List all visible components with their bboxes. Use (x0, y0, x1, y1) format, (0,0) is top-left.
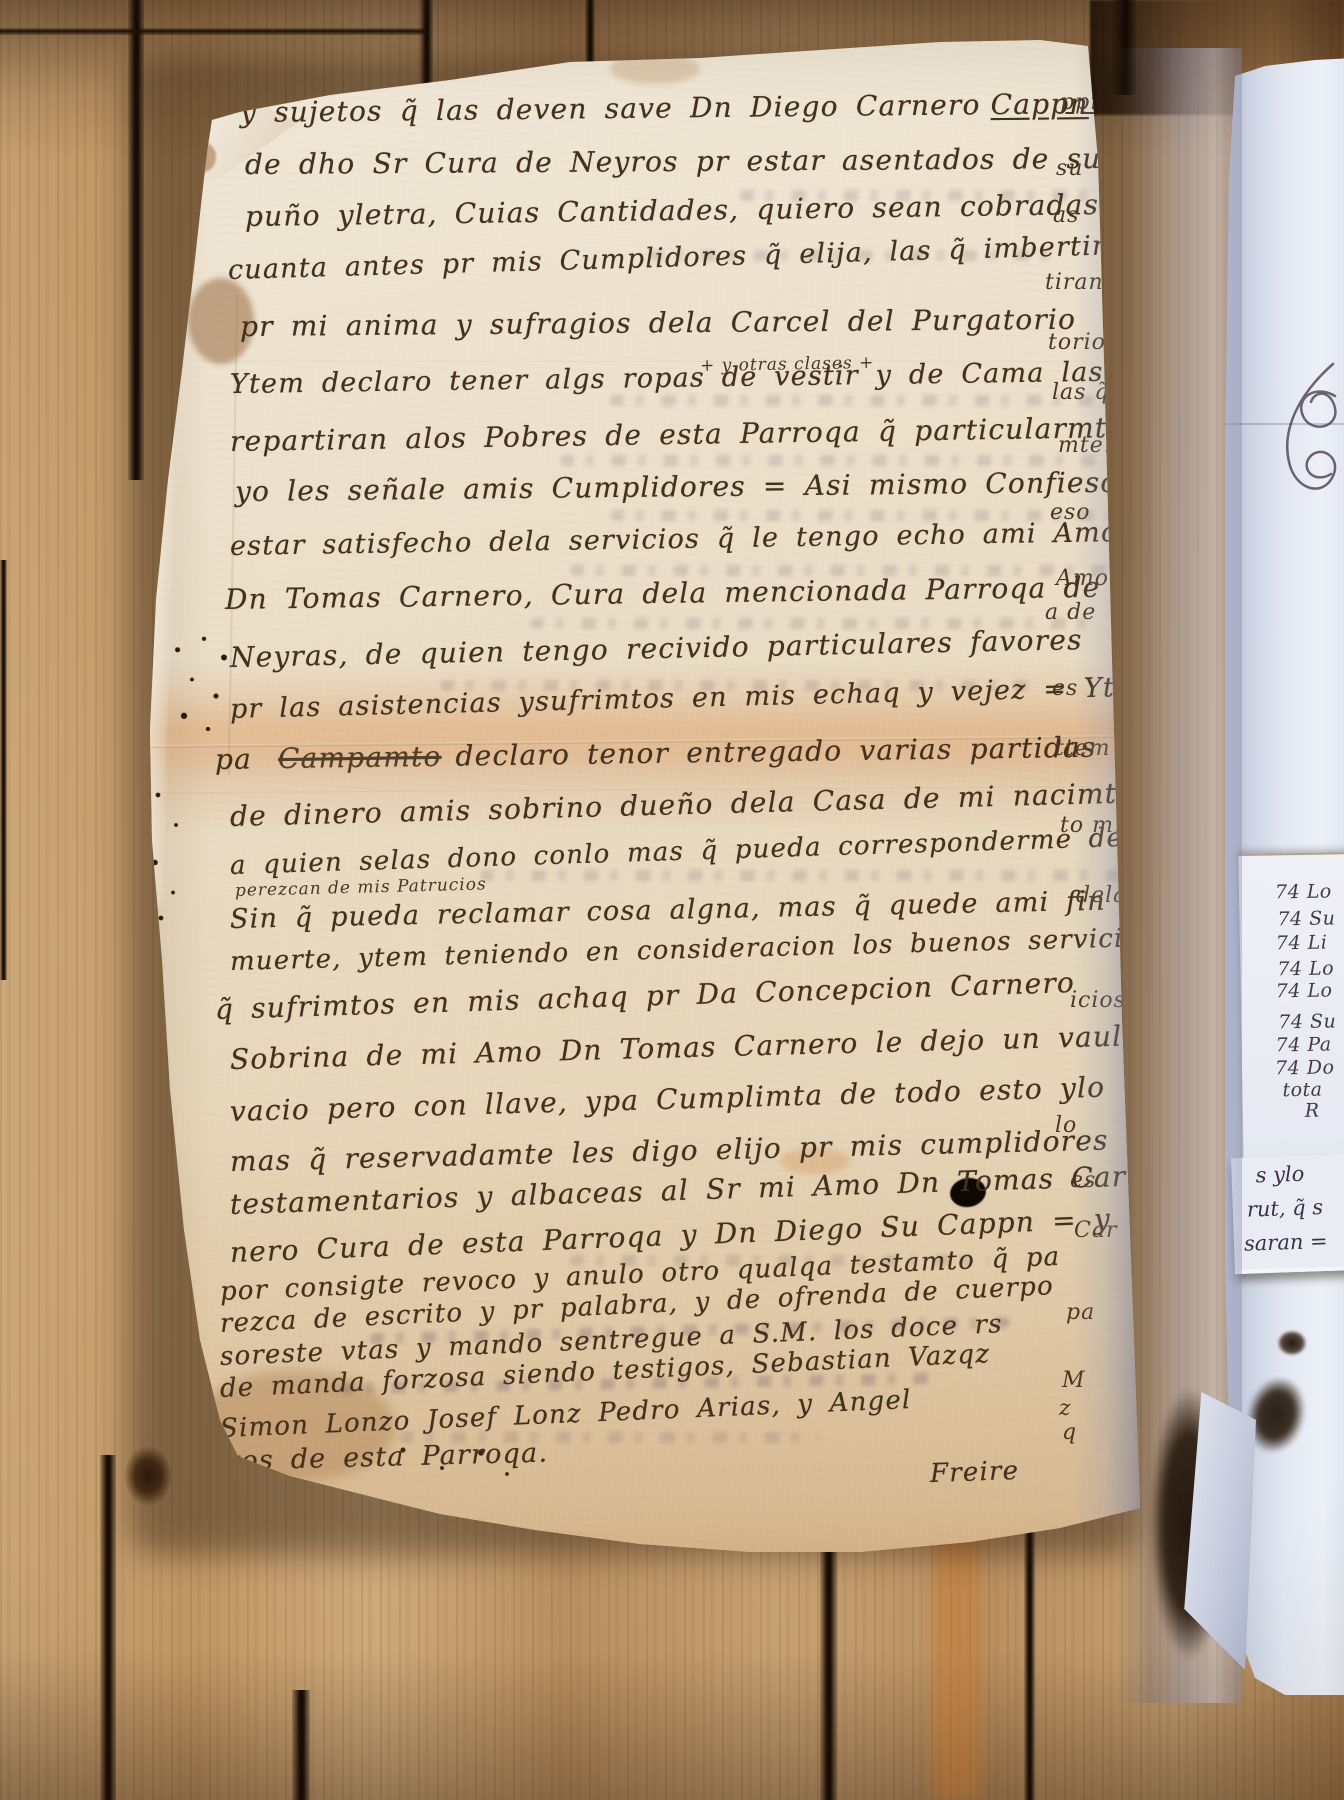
list-item: R (1305, 1102, 1320, 1121)
curl-fragment: Car (1074, 1220, 1117, 1242)
paper-hole (1277, 1330, 1307, 1356)
curl-fragment: ttem (1055, 738, 1111, 760)
curl-fragment: es (1070, 1170, 1096, 1192)
manuscript-line: Ytem declaro tener algs ropas de vestir … (230, 357, 1139, 399)
manuscript-line: de dho Sr Cura de Neyros pr estar asenta… (245, 144, 1102, 181)
torn-text-scrap: s ylo rut, q̃ s saran = (1231, 1154, 1344, 1274)
manuscript-line: vacio pero con llave, ypa Cumplimta de t… (230, 1073, 1106, 1128)
list-item: 74 Su (1277, 909, 1335, 929)
manuscript-line: Freire (930, 1457, 1020, 1489)
manuscript-page: y sujetos q̃ las deven save Dn Diego Car… (140, 40, 1145, 1560)
manuscript-line: cuanta antes pr mis Cumplidores q̃ elija… (228, 230, 1143, 285)
curl-fragment: icios (1070, 990, 1126, 1012)
manuscript-line: repartiran alos Pobres de esta Parroqa q… (230, 413, 1126, 458)
scrap-text: rut, q̃ s (1246, 1197, 1323, 1221)
scrap-text: saran = (1244, 1231, 1328, 1255)
curl-fragment: a de (1045, 602, 1096, 624)
curl-fragment: su (1056, 158, 1083, 180)
curl-fragment: as (1053, 205, 1079, 227)
manuscript-line: paCampamtodeclaro tenor entregado varias… (215, 733, 1097, 776)
bleedthrough-line (480, 870, 1140, 881)
plank-gap (1024, 1528, 1035, 1800)
manuscript-line: estar satisfecho dela servicios q̃ le te… (230, 518, 1119, 562)
scrap-text: s ylo (1255, 1164, 1304, 1187)
manuscript-line: Neyras, de quien tengo recivido particul… (230, 625, 1083, 674)
curl-fragment: M (1062, 1370, 1086, 1392)
manuscript-line: pr mi anima y sufragios dela Carcel del … (240, 305, 1076, 343)
curl-fragment: q (1062, 1422, 1077, 1444)
accounts-list-scrap: 74 Lo 74 Su 74 Li 74 Lo 74 Lo 74 Su 74 P… (1238, 852, 1344, 1161)
curl-fragment: es (1052, 678, 1078, 700)
plank-gap-horizontal (0, 28, 425, 35)
photo-scene: 74 Lo 74 Su 74 Li 74 Lo 74 Lo 74 Su 74 P… (0, 0, 1344, 1800)
curl-fragment: z (1059, 1398, 1072, 1420)
line-text: pa (215, 742, 252, 776)
manuscript-line: y sujetos q̃ las deven save Dn Diego Car… (240, 89, 1089, 129)
list-item: 74 Li (1276, 933, 1328, 953)
manuscript-line: Dn Tomas Carnero, Cura dela mencionada P… (225, 573, 1101, 616)
plank-gap (0, 560, 7, 980)
curl-fragment: las q̃ (1052, 382, 1110, 404)
list-item: 74 Lo (1277, 959, 1334, 979)
wood-stain-streak (933, 1528, 981, 1800)
plank-gap (292, 1690, 310, 1800)
interline-insertion: perezcan de mis Patrucios (235, 876, 487, 900)
curl-fragment: eso (1050, 502, 1091, 524)
line-text: declaro tenor entregado varias partidas (455, 731, 1096, 773)
list-item: 74 Lo (1275, 882, 1332, 902)
curl-fragment: torio (1048, 332, 1106, 354)
list-item: 74 Pa (1276, 1035, 1332, 1055)
plank-gap (100, 1455, 116, 1800)
manuscript-line: puño yletra, Cuias Cantidades, quiero se… (245, 190, 1100, 233)
curl-fragment: mte. (1058, 435, 1112, 457)
line-text: y sujetos q̃ las deven save Dn Diego Car… (240, 88, 981, 129)
curl-fragment: Amo (1056, 568, 1109, 590)
list-item: 74 Lo (1276, 981, 1333, 1001)
manuscript-line: de dinero amis sobrino dueño dela Casa d… (230, 778, 1136, 832)
manuscript-line: yo les señale amis Cumplidores = Asi mis… (235, 468, 1119, 508)
list-item: tota (1282, 1081, 1322, 1101)
plank-gap (820, 1515, 837, 1800)
manuscript-line: q̃ sufrimtos en mis achaq pr Da Concepci… (215, 968, 1076, 1026)
curl-fragment: tiran (1045, 272, 1104, 294)
list-item: 74 Su (1278, 1012, 1336, 1032)
signature-rubric-flourish (1271, 356, 1344, 528)
list-item: 74 Do (1275, 1058, 1335, 1078)
struck-word: Campamto (278, 740, 442, 775)
curl-fragment: to m. (1060, 815, 1122, 837)
manuscript-line: Sobrina de mi Amo Dn Tomas Carnero le de… (230, 1022, 1123, 1076)
curl-fragment: pa (1066, 1302, 1095, 1324)
curl-fragment: lo (1055, 1115, 1077, 1137)
